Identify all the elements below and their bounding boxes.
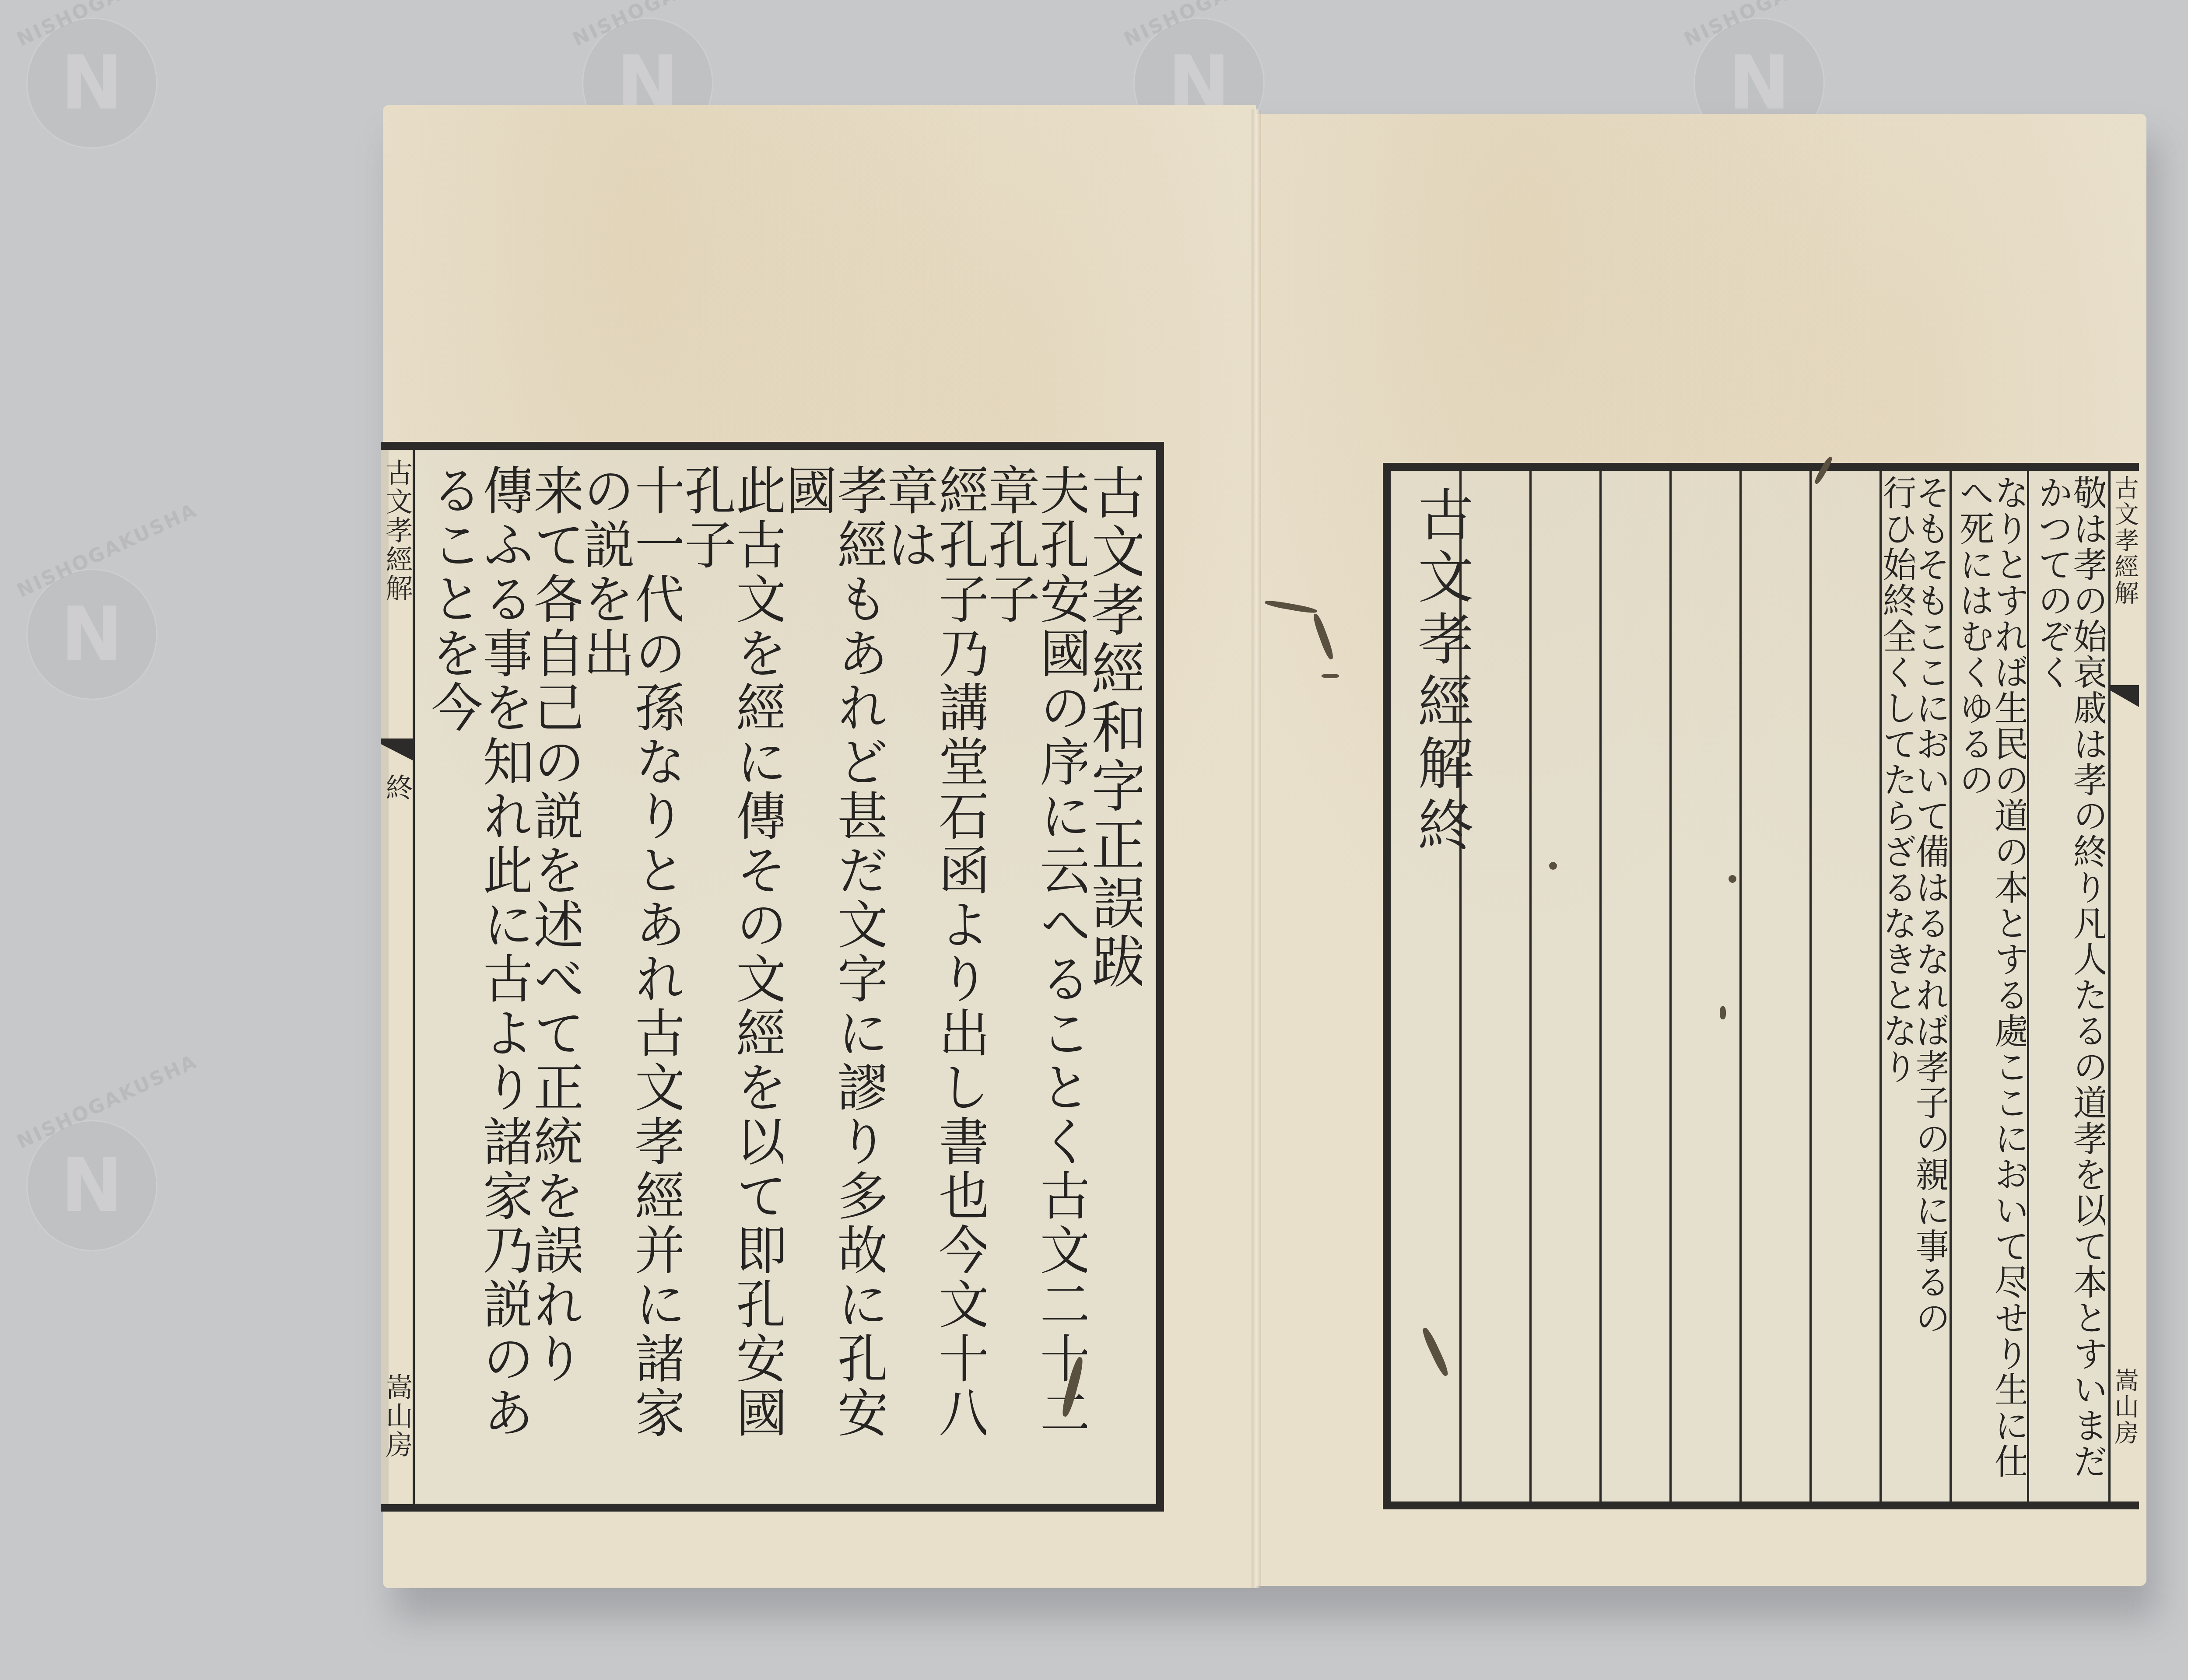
- watermark-glyph: N: [61, 591, 123, 678]
- right-page-text-continued: そもそもここにおいて備はるなれば孝子の親に事るの 行ひ始終全くしてたらざるなきと…: [1882, 475, 1947, 1498]
- watermark-glyph: N: [61, 40, 123, 126]
- hanshin-publisher: 嵩山房: [2112, 1368, 2137, 1446]
- text-line: 敬は孝の始哀戚は孝の終り凡人たるの道孝を以て本とすいまだかつてのぞく: [2035, 475, 2105, 1498]
- left-hanshin-column: 古文孝經解 終 嵩山房: [381, 450, 415, 1504]
- text-line: なりとすれば生民の道の本とする處ここにおいて尽せり生に仕へ死にはむくゆるの: [1956, 475, 2026, 1498]
- hanshin-publisher: 嵩山房: [383, 1373, 410, 1459]
- column-rule: [1529, 471, 1532, 1501]
- hanshin-title: 古文孝經解: [2112, 475, 2137, 606]
- text-line: そもそもここにおいて備はるなれば孝子の親に事るの: [1914, 475, 1947, 1498]
- hanshin-title: 古文孝經解: [383, 458, 410, 603]
- right-page-text: 敬は孝の始哀戚は孝の終り凡人たるの道孝を以て本とすいまだかつてのぞく なりとすれ…: [1956, 475, 2105, 1498]
- text-line: 行ひ始終全くしてたらざるなきとなり: [1882, 475, 1914, 1498]
- fishtail-mark: [2111, 685, 2139, 707]
- fishtail-mark: [381, 738, 413, 760]
- column-rule: [1669, 471, 1672, 1501]
- hanshin-fishtail-label: 終: [383, 773, 410, 802]
- text-line: 来て各自己の説を述べて正統を誤れり: [530, 464, 581, 1479]
- text-line: 孝經もあれど甚だ文字に謬り多故に孔安國: [783, 464, 884, 1479]
- left-page-text: 古文孝經和字正誤跋 夫孔安國の序に云へることく古文二十二章孔子 經孔子乃講堂石函…: [420, 455, 1151, 1496]
- text-line: 經孔子乃講堂石函より出し書也今文十八章は: [885, 464, 986, 1479]
- text-line: 此古文を經に傳その文經を以て即孔安國孔子: [682, 464, 783, 1479]
- right-hanshin-column: 古文孝經解 嵩山房: [2108, 471, 2139, 1501]
- column-rule: [1950, 471, 1952, 1501]
- column-rule: [1599, 471, 1602, 1501]
- watermark-glyph: N: [61, 1142, 123, 1229]
- spine-gutter: [1252, 109, 1261, 1588]
- watermark-text: NISHOGAKUSHA: [14, 1059, 182, 1153]
- worm-damage: [1720, 1006, 1726, 1019]
- column-rule: [1739, 471, 1742, 1501]
- text-line: 傳ふる事を知れ此に古より諸家乃説のあることを今: [429, 464, 530, 1479]
- watermark-logo: N NISHOGAKUSHA: [26, 569, 158, 700]
- worm-damage: [1729, 875, 1736, 883]
- afterword-title: 古文孝經和字正誤跋: [1087, 464, 1142, 1479]
- watermark-text: NISHOGAKUSHA: [14, 508, 182, 602]
- worm-damage: [1549, 862, 1557, 870]
- text-line: 夫孔安國の序に云へることく古文二十二章孔子: [986, 464, 1087, 1479]
- text-line: 十一代の孫なりとあれ古文孝經并に諸家の説を出: [581, 464, 682, 1479]
- watermark-logo: N NISHOGAKUSHA: [26, 1120, 158, 1251]
- column-rule: [1809, 471, 1812, 1501]
- end-title: 古文孝經解終: [1400, 486, 1481, 858]
- watermark-logo: N NISHOGAKUSHA: [26, 17, 158, 149]
- worm-damage: [1322, 674, 1339, 678]
